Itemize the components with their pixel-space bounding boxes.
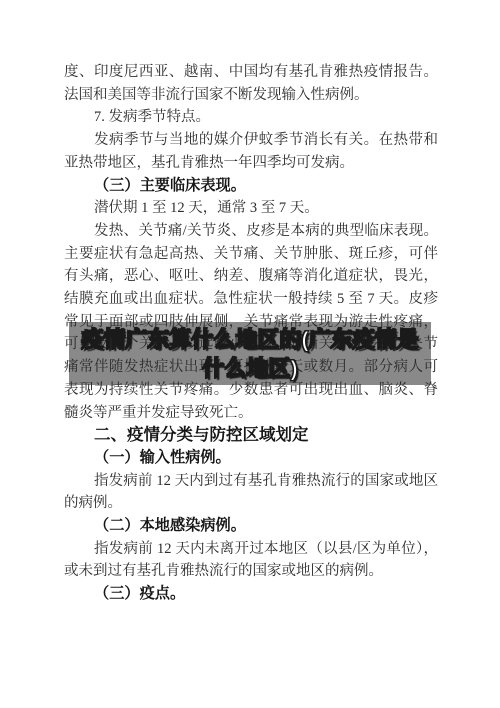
doc-line: 度、印度尼西亚、越南、中国均有基孔肯雅热疫情报告。 [64,61,438,84]
doc-line: 或未到过有基孔肯雅热流行的国家或地区的病例。 [64,560,438,583]
article-title-line1: 疫情广东算什么地区的(广东疫情是 [69,325,431,354]
doc-line: 潜伏期 1 至 12 天，通常 3 至 7 天。 [64,197,438,220]
doc-line: 指发病前 12 天内未离开过本地区（以县/区为单位）， [64,538,438,561]
doc-line: 的病例。 [64,492,438,515]
heading-main-clinical-manifestations: （三）主要临床表现。 [64,175,438,198]
heading-epidemic-classification: 二、疫情分类与防控区域划定 [64,424,438,447]
doc-line: 主要症状有急起高热、关节痛、关节肿胀、斑丘疹，可伴 [64,243,438,266]
title-overlay-banner: 疫情广东算什么地区的(广东疫情是 什么地区) [69,322,431,385]
doc-line: 有头痛，恶心、呕吐、纳差、腹痛等消化道症状，畏光， [64,265,438,288]
doc-line: 髓炎等严重并发症导致死亡。 [64,402,438,425]
doc-line: 发热、关节痛/关节炎、皮疹是本病的典型临床表现。 [64,220,438,243]
heading-local-infection-cases: （二）本地感染病例。 [64,515,438,538]
doc-line: 指发病前 12 天内到过有基孔肯雅热流行的国家或地区 [64,470,438,493]
doc-line: 亚热带地区，基孔肯雅热一年四季均可发病。 [64,152,438,175]
doc-line: 发病季节与当地的媒介伊蚊季节消长有关。在热带和 [64,129,438,152]
heading-epidemic-spot: （三）疫点。 [64,583,438,606]
doc-line: 法国和美国等非流行国家不断发现输入性病例。 [64,84,438,107]
heading-imported-cases: （一）输入性病例。 [64,447,438,470]
doc-line-item-7: 7. 发病季节特点。 [64,106,438,129]
doc-line: 结膜充血或出血症状。急性症状一般持续 5 至 7 天。皮疹 [64,288,438,311]
document-page: 度、印度尼西亚、越南、中国均有基孔肯雅热疫情报告。 法国和美国等非流行国家不断发… [0,0,500,708]
article-title-line2: 什么地区) [69,354,431,383]
